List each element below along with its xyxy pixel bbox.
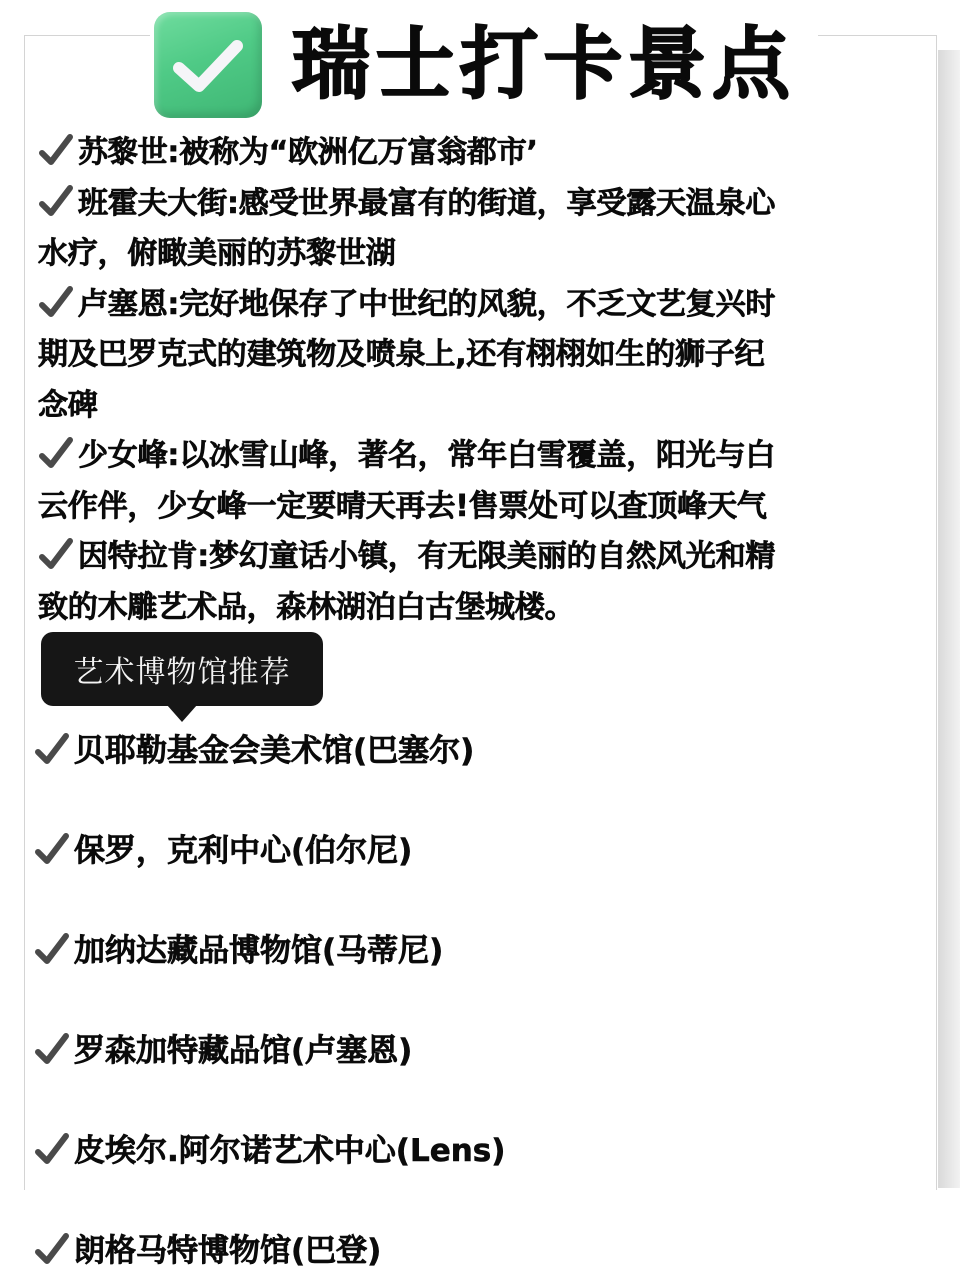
attraction-text: 少女峰:以冰雪山峰，著名，常年白雪覆盖，阳光与白 bbox=[78, 438, 775, 473]
attraction-text: 因特拉肯:梦幻童话小镇，有无限美丽的自然风光和精 bbox=[78, 539, 775, 574]
page-title: 瑞士打卡景点 bbox=[292, 26, 796, 104]
list-item: 因特拉肯:梦幻童话小镇，有无限美丽的自然风光和精 bbox=[38, 532, 898, 583]
list-item: 卢塞恩:完好地保存了中世纪的风貌，不乏文艺复兴时 bbox=[38, 280, 898, 331]
section-tag-bubble: 艺术博物馆推荐 bbox=[41, 632, 323, 706]
page-header: 瑞士打卡景点 bbox=[150, 10, 818, 120]
museum-name: 贝耶勒基金会美术馆(巴塞尔) bbox=[74, 733, 474, 769]
museum-name: 朗格马特博物馆(巴登) bbox=[74, 1233, 381, 1269]
list-item-continuation: 致的木雕艺术品，森林湖泊白古堡城楼。 bbox=[38, 583, 898, 634]
attraction-text: 期及巴罗克式的建筑物及喷泉上,还有栩栩如生的狮子纪 bbox=[38, 337, 764, 372]
museum-item: 朗格马特博物馆(巴登) bbox=[34, 1226, 381, 1276]
list-item-continuation: 念碑 bbox=[38, 381, 898, 432]
checkmark-icon bbox=[34, 732, 70, 766]
check-mark-button-icon bbox=[154, 12, 262, 118]
museum-name: 皮埃尔.阿尔诺艺术中心(Lens) bbox=[74, 1133, 505, 1169]
checkmark-icon bbox=[34, 1232, 70, 1266]
museum-name: 罗森加特藏品馆(卢塞恩) bbox=[74, 1033, 412, 1069]
list-item-continuation: 期及巴罗克式的建筑物及喷泉上,还有栩栩如生的狮子纪 bbox=[38, 330, 898, 381]
section-tag-label: 艺术博物馆推荐 bbox=[74, 647, 291, 691]
checkmark-icon bbox=[38, 184, 74, 218]
list-item: 班霍夫大街:感受世界最富有的街道，享受露天温泉心 bbox=[38, 179, 898, 230]
checkmark-icon bbox=[38, 537, 74, 571]
checkmark-icon bbox=[34, 1032, 70, 1066]
museum-item: 罗森加特藏品馆(卢塞恩) bbox=[34, 1026, 412, 1076]
checkmark-icon bbox=[38, 133, 74, 167]
checkmark-icon bbox=[34, 932, 70, 966]
list-item-continuation: 水疗，俯瞰美丽的苏黎世湖 bbox=[38, 229, 898, 280]
museum-name: 加纳达藏品博物馆(马蒂尼) bbox=[74, 933, 443, 969]
attraction-text: 班霍夫大街:感受世界最富有的街道，享受露天温泉心 bbox=[78, 186, 775, 221]
checkmark-icon bbox=[38, 285, 74, 319]
museum-item: 加纳达藏品博物馆(马蒂尼) bbox=[34, 926, 443, 976]
card-shadow bbox=[938, 50, 960, 1188]
attraction-text: 卢塞恩:完好地保存了中世纪的风貌，不乏文艺复兴时 bbox=[78, 287, 775, 322]
list-item-continuation: 云作伴，少女峰一定要晴天再去!售票处可以查顶峰天气 bbox=[38, 482, 898, 533]
attraction-text: 致的木雕艺术品，森林湖泊白古堡城楼。 bbox=[38, 590, 574, 625]
attraction-text: 苏黎世:被称为“欧洲亿万富翁都市’ bbox=[78, 135, 538, 170]
checkmark-icon bbox=[38, 436, 74, 470]
attraction-text: 水疗，俯瞰美丽的苏黎世湖 bbox=[38, 236, 396, 271]
museum-item: 保罗，克利中心(伯尔尼) bbox=[34, 826, 412, 876]
checkmark-icon bbox=[34, 832, 70, 866]
museum-name: 保罗，克利中心(伯尔尼) bbox=[74, 833, 412, 869]
museum-item: 贝耶勒基金会美术馆(巴塞尔) bbox=[34, 726, 474, 776]
attraction-text: 念碑 bbox=[38, 388, 98, 423]
bubble-pointer bbox=[167, 705, 197, 722]
list-item: 少女峰:以冰雪山峰，著名，常年白雪覆盖，阳光与白 bbox=[38, 431, 898, 482]
museum-item: 皮埃尔.阿尔诺艺术中心(Lens) bbox=[34, 1126, 505, 1176]
attraction-text: 云作伴，少女峰一定要晴天再去!售票处可以查顶峰天气 bbox=[38, 489, 767, 524]
checkmark-icon bbox=[34, 1132, 70, 1166]
attractions-list: 苏黎世:被称为“欧洲亿万富翁都市’ 班霍夫大街:感受世界最富有的街道，享受露天温… bbox=[38, 128, 898, 633]
list-item: 苏黎世:被称为“欧洲亿万富翁都市’ bbox=[38, 128, 898, 179]
